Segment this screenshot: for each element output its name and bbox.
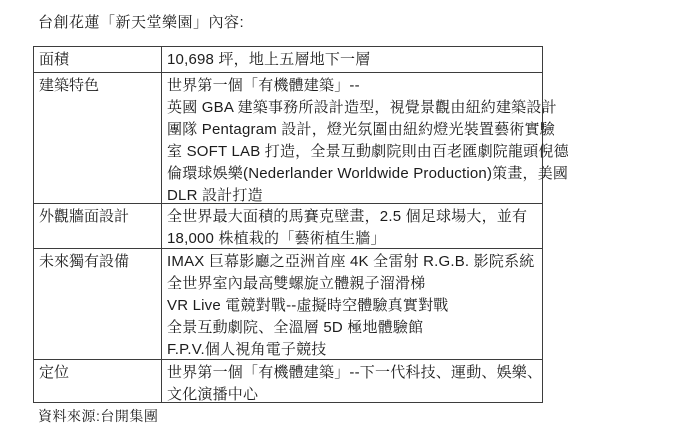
content-line: 全世界最大面積的馬賽克壁畫，2.5 個足球場大，並有 (167, 206, 538, 228)
table-row-facilities: 未來獨有設備 IMAX 巨幕影廳之亞洲首座 4K 全雷射 R.G.B. 影院系統… (34, 249, 542, 360)
content-line: 倫環球娛樂(Nederlander Worldwide Production)策… (167, 163, 569, 185)
content-line: F.P.V.個人視角電子競技 (167, 339, 538, 361)
content-line: 全世界室內最高雙螺旋立體親子溜滑梯 (167, 273, 538, 295)
content-line: 10,698 坪，地上五層地下一層 (167, 49, 538, 71)
source-note: 資料來源:台開集團 (38, 406, 158, 426)
table-row-facade: 外觀牆面設計 全世界最大面積的馬賽克壁畫，2.5 個足球場大，並有 18,000… (34, 204, 542, 249)
content-line: 文化演播中心 (167, 384, 542, 406)
content-line: VR Live 電競對戰--虛擬時空體驗真實對戰 (167, 295, 538, 317)
content-line: 全景互動劇院、全溫層 5D 極地體驗館 (167, 317, 538, 339)
table-row-positioning: 定位 世界第一個「有機體建築」--下一代科技、運動、娛樂、 文化演播中心 (34, 360, 542, 402)
table-row-architecture: 建築特色 世界第一個「有機體建築」-- 英國 GBA 建築事務所設計造型，視覺景… (34, 73, 542, 204)
content-line: 世界第一個「有機體建築」-- (167, 75, 569, 97)
content-line: 英國 GBA 建築事務所設計造型，視覺景觀由紐約建築設計 (167, 97, 569, 119)
row-label-area: 面積 (34, 47, 162, 72)
row-content-positioning: 世界第一個「有機體建築」--下一代科技、運動、娛樂、 文化演播中心 (162, 360, 546, 402)
row-label-facilities: 未來獨有設備 (34, 249, 162, 359)
info-table: 面積 10,698 坪，地上五層地下一層 建築特色 世界第一個「有機體建築」--… (33, 46, 543, 403)
row-label-positioning: 定位 (34, 360, 162, 402)
content-line: 18,000 株植栽的「藝術植生牆」 (167, 228, 538, 250)
content-line: 團隊 Pentagram 設計，燈光氛圍由紐約燈光裝置藝術實驗 (167, 119, 569, 141)
content-line: 室 SOFT LAB 打造，全景互動劇院則由百老匯劇院龍頭倪德 (167, 141, 569, 163)
row-content-facilities: IMAX 巨幕影廳之亞洲首座 4K 全雷射 R.G.B. 影院系統 全世界室內最… (162, 249, 542, 359)
row-content-area: 10,698 坪，地上五層地下一層 (162, 47, 542, 72)
row-content-facade: 全世界最大面積的馬賽克壁畫，2.5 個足球場大，並有 18,000 株植栽的「藝… (162, 204, 542, 248)
row-label-facade: 外觀牆面設計 (34, 204, 162, 248)
row-label-architecture: 建築特色 (34, 73, 162, 203)
table-row-area: 面積 10,698 坪，地上五層地下一層 (34, 47, 542, 73)
content-line: IMAX 巨幕影廳之亞洲首座 4K 全雷射 R.G.B. 影院系統 (167, 251, 538, 273)
row-content-architecture: 世界第一個「有機體建築」-- 英國 GBA 建築事務所設計造型，視覺景觀由紐約建… (162, 73, 573, 203)
document-page: 台創花蓮「新天堂樂園」內容: 面積 10,698 坪，地上五層地下一層 建築特色… (0, 0, 680, 432)
page-title: 台創花蓮「新天堂樂園」內容: (38, 13, 244, 33)
content-line: 世界第一個「有機體建築」--下一代科技、運動、娛樂、 (167, 362, 542, 384)
